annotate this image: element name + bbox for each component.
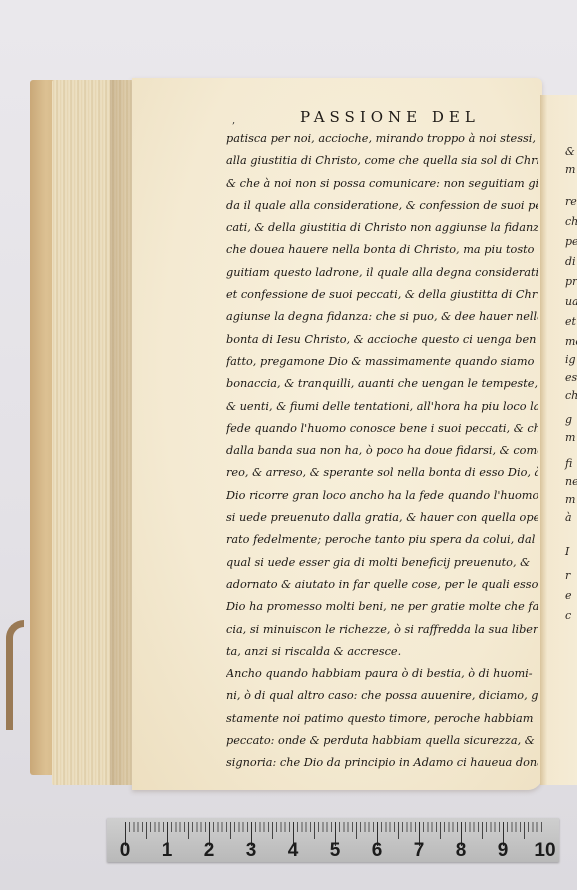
text-line: dalla banda sua non ha, ò poco ha doue f…: [226, 440, 538, 462]
ruler-labels: 012345678910: [107, 840, 559, 860]
text-line: ta, anzi si riscalda & accresce.: [226, 641, 538, 663]
facing-page-fragment: r: [565, 569, 570, 582]
book: &mre,cheperdipriuaetmoigeschgmfinemàIrec…: [0, 0, 577, 800]
facing-page-fragment: ch: [565, 389, 577, 402]
facing-page-fragment: g: [565, 413, 572, 426]
bookmark-ribbon: [6, 620, 24, 730]
ruler-label: 3: [246, 840, 257, 862]
text-line: da il quale alla consideratione, & confe…: [226, 195, 538, 217]
text-line: signoria: che Dio da principio in Adamo …: [226, 752, 538, 774]
facing-page-fragment: pri: [565, 275, 577, 288]
ruler-label: 4: [288, 840, 299, 862]
facing-page-fragment: m: [565, 163, 575, 176]
facing-page-fragment: &: [565, 145, 575, 158]
text-line: reo, & arreso, & sperante sol nella bont…: [226, 462, 538, 484]
text-line: guitiam questo ladrone, il quale alla de…: [226, 262, 538, 284]
text-line: stamente noi patimo questo timore, peroc…: [226, 708, 538, 730]
text-line: alla giustitia di Christo, come che quel…: [226, 150, 538, 172]
page-body-text: patisca per noi, accioche, mirando tropp…: [226, 128, 538, 775]
text-line: bonta di Iesu Christo, & accioche questo…: [226, 329, 538, 351]
text-line: & uenti, & fiumi delle tentationi, all'h…: [226, 396, 538, 418]
facing-page: &mre,cheperdipriuaetmoigeschgmfinemàIrec: [540, 95, 577, 785]
facing-page-fragment: che: [565, 215, 577, 228]
text-line: fede quando l'huomo conosce bene i suoi …: [226, 418, 538, 440]
text-line: agiunse la degna fidanza: che si puo, & …: [226, 306, 538, 328]
text-line: Dio ricorre gran loco ancho ha la fede q…: [226, 485, 538, 507]
ruler-label: 0: [120, 840, 131, 862]
header-mark: ,: [232, 115, 235, 126]
ruler-label: 2: [204, 840, 215, 862]
facing-page-fragment: ua: [565, 295, 577, 308]
ruler-label: 10: [534, 840, 555, 862]
ruler-label: 9: [498, 840, 509, 862]
text-line: bonaccia, & tranquilli, auanti che uenga…: [226, 373, 538, 395]
text-line: cati, & della giustitia di Christo non a…: [226, 217, 538, 239]
text-line: et confessione de suoi peccati, & della …: [226, 284, 538, 306]
facing-page-fragment: I: [565, 545, 569, 558]
scale-ruler: 012345678910: [107, 818, 559, 862]
facing-page-fragment: à: [565, 511, 572, 524]
running-header: PASSIONE DEL: [300, 108, 480, 126]
facing-page-fragment: c: [565, 609, 571, 622]
facing-page-fragment: ig: [565, 353, 576, 366]
facing-page-fragment: ne: [565, 475, 577, 488]
facing-page-fragment: re,: [565, 195, 577, 208]
text-line: & che à noi non si possa comunicare: non…: [226, 173, 538, 195]
text-line: Ancho quando habbiam paura ò di bestia, …: [226, 663, 538, 685]
facing-page-fragment: per: [565, 235, 577, 248]
facing-page-fragment: e: [565, 589, 572, 602]
text-line: Dio ha promesso molti beni, ne per grati…: [226, 596, 538, 618]
text-line: fatto, pregamone Dio & massimamente quan…: [226, 351, 538, 373]
text-line: si uede preuenuto dalla gratia, & hauer …: [226, 507, 538, 529]
ruler-label: 8: [456, 840, 467, 862]
text-line: peccato: onde & perduta habbiam quella s…: [226, 730, 538, 752]
text-line: cia, si minuiscon le richezze, ò si raff…: [226, 619, 538, 641]
text-line: ni, ò di qual altro caso: che possa auue…: [226, 685, 538, 707]
facing-page-fragment: fi: [565, 457, 572, 470]
facing-page-fragment: et: [565, 315, 576, 328]
facing-page-fragment: mo: [565, 335, 577, 348]
text-line: rato fedelmente; peroche tanto piu spera…: [226, 529, 538, 551]
facing-page-fragment: di: [565, 255, 576, 268]
text-line: patisca per noi, accioche, mirando tropp…: [226, 128, 538, 150]
facing-page-fragment: es: [565, 371, 577, 384]
text-line: che douea hauere nella bonta di Christo,…: [226, 239, 538, 261]
ruler-label: 1: [162, 840, 173, 862]
text-line: qual si uede esser gia di molti benefici…: [226, 552, 538, 574]
text-line: adornato & aiutato in far quelle cose, p…: [226, 574, 538, 596]
facing-page-fragment: m: [565, 431, 575, 444]
ruler-label: 6: [372, 840, 383, 862]
ruler-label: 5: [330, 840, 341, 862]
ruler-label: 7: [414, 840, 425, 862]
facing-page-fragment: m: [565, 493, 575, 506]
